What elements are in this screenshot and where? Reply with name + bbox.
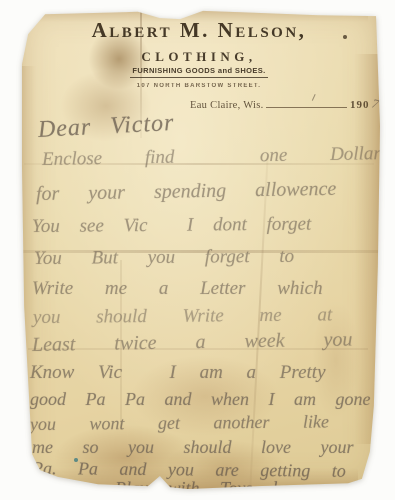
letter-paper: Albert M. Nelson, CLOTHING, FURNISHING G…: [18, 6, 380, 490]
blue-ink-dot: [74, 458, 78, 462]
letter-paper-wrap: Albert M. Nelson, CLOTHING, FURNISHING G…: [18, 6, 380, 490]
ink-fleck: [343, 35, 347, 39]
handwritten-line: Write me a Letter which: [32, 279, 323, 298]
handwritten-salutation: Dear Victor: [37, 111, 175, 142]
handwritten-body: Dear Victor Enclose find one Dollar for …: [18, 6, 380, 490]
handwritten-line: Enclose find one Dollar: [42, 144, 381, 169]
handwritten-line: me so you should love your: [32, 438, 353, 456]
handwritten-line: Pa. Pa and you are getting to: [32, 459, 346, 480]
handwritten-line: You But you forget to: [34, 247, 294, 268]
handwritten-line: good Pa Pa and when I am gone: [30, 390, 370, 408]
handwritten-line: Know Vic I am a Pretty: [30, 363, 326, 382]
scanned-letter-background: Albert M. Nelson, CLOTHING, FURNISHING G…: [0, 0, 395, 500]
handwritten-line: for your spending allowence: [36, 179, 337, 204]
handwritten-line: you wont get another like: [30, 412, 329, 433]
handwritten-line: You see Vic I dont forget: [32, 215, 311, 236]
handwritten-line: you should Write me at: [33, 305, 332, 327]
handwritten-line: Big to Play with Toys because: [35, 479, 331, 497]
handwritten-line: Least twice a week you: [32, 329, 353, 355]
